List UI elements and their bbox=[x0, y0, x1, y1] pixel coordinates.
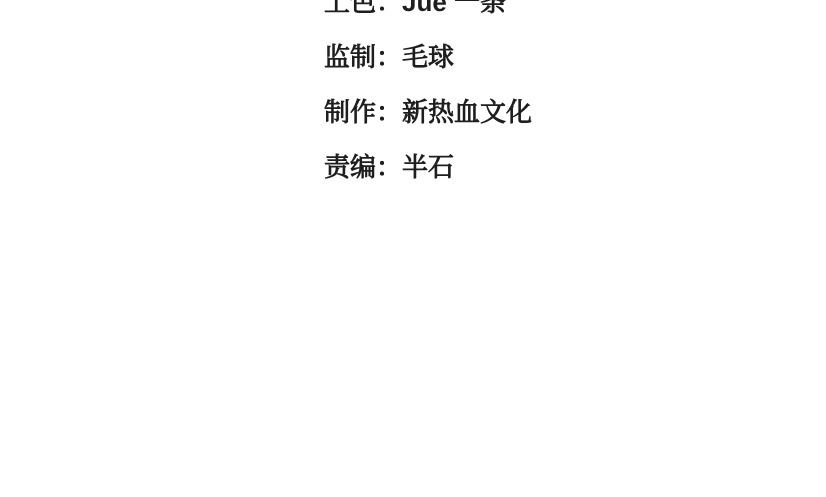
credits-block: 上色：Jue 一条 监制：毛球 制作：新热血文化 责编：半石 bbox=[324, 0, 532, 209]
credit-line-colorist: 上色：Jue 一条 bbox=[324, 0, 532, 15]
credit-line-editor: 责编：半石 bbox=[324, 154, 532, 180]
credit-line-production: 制作：新热血文化 bbox=[324, 99, 532, 125]
credit-line-supervisor: 监制：毛球 bbox=[324, 44, 532, 70]
comic-credits-page: 上色：Jue 一条 监制：毛球 制作：新热血文化 责编：半石 bbox=[0, 0, 826, 497]
